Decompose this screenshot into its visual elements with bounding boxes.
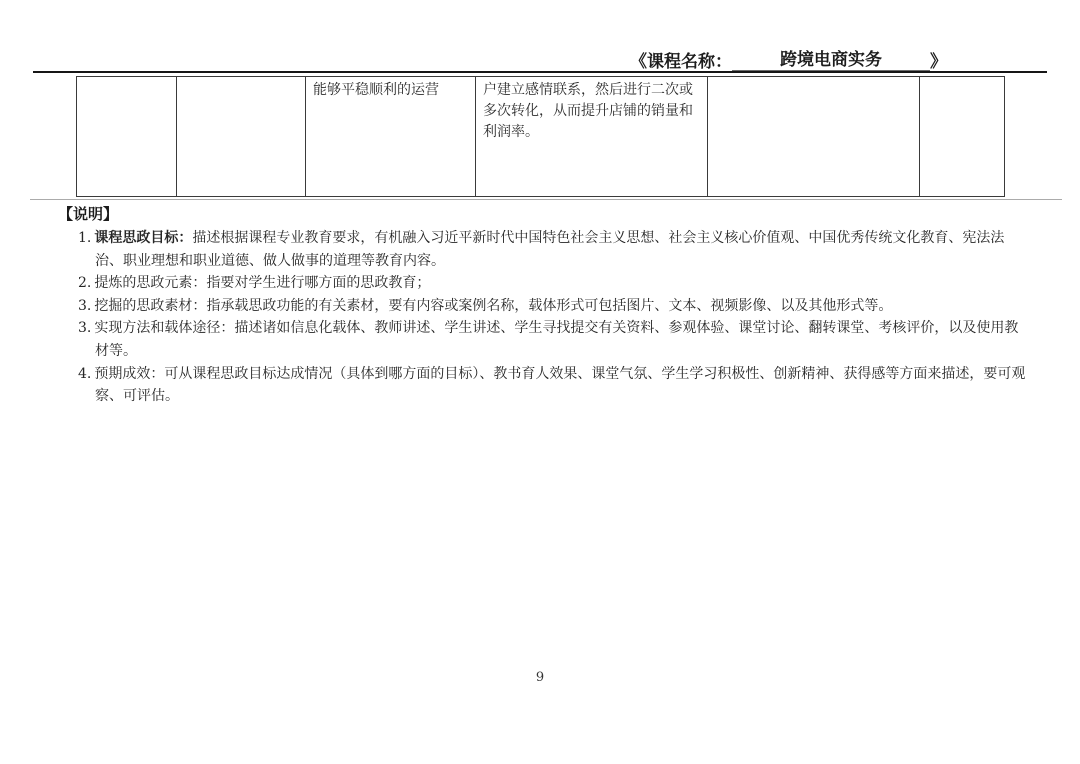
table-cell-col4: 户建立感情联系，然后进行二次或多次转化，从而提升店铺的销量和利润率。 bbox=[476, 77, 708, 197]
header-divider-rule bbox=[33, 71, 1047, 73]
note-item-1: 1.课程思政目标：描述根据课程专业教育要求，有机融入习近平新时代中国特色社会主义… bbox=[78, 227, 1030, 272]
note-text: 描述诸如信息化载体、教师讲述、学生讲述、学生寻找提交有关资料、参观体验、课堂讨论… bbox=[95, 320, 1018, 359]
note-label: 预期成效： bbox=[94, 366, 164, 382]
note-item-2: 2.提炼的思政元素：指要对学生进行哪方面的思政教育； bbox=[78, 272, 1030, 295]
note-label: 实现方法和载体途径： bbox=[94, 320, 234, 336]
note-text: 指承载思政功能的有关素材，要有内容或案例名称，载体形式可包括图片、文本、视频影像… bbox=[206, 298, 892, 314]
note-item-4: 3.实现方法和载体途径：描述诸如信息化载体、教师讲述、学生讲述、学生寻找提交有关… bbox=[78, 317, 1030, 362]
table-row: 能够平稳顺利的运营 户建立感情联系，然后进行二次或多次转化，从而提升店铺的销量和… bbox=[77, 77, 1005, 197]
table-cell-col6 bbox=[920, 77, 1005, 197]
note-label: 提炼的思政元素： bbox=[94, 275, 206, 291]
note-number: 4. bbox=[78, 366, 91, 382]
course-name-underline: 跨境电商实务 bbox=[732, 50, 930, 72]
course-name-prefix: 《课程名称： bbox=[630, 52, 732, 72]
note-number: 1. bbox=[78, 230, 91, 246]
table-cell-col2 bbox=[177, 77, 306, 197]
note-text: 指要对学生进行哪方面的思政教育； bbox=[206, 275, 430, 291]
table-cell-col5 bbox=[708, 77, 920, 197]
notes-section-title: 【说明】 bbox=[58, 203, 118, 224]
note-text: 描述根据课程专业教育要求，有机融入习近平新时代中国特色社会主义思想、社会主义核心… bbox=[95, 230, 1004, 269]
table-bottom-shadow-rule bbox=[30, 199, 1062, 200]
document-header: 《课程名称：跨境电商实务》 bbox=[630, 47, 947, 72]
note-label: 课程思政目标： bbox=[94, 230, 192, 246]
page-number: 9 bbox=[0, 670, 1080, 685]
course-name-suffix: 》 bbox=[930, 52, 947, 72]
table-cell-col3: 能够平稳顺利的运营 bbox=[306, 77, 476, 197]
note-item-5: 4.预期成效：可从课程思政目标达成情况（具体到哪方面的目标）、教书育人效果、课堂… bbox=[78, 363, 1030, 408]
course-name-value: 跨境电商实务 bbox=[780, 50, 882, 70]
table-cell-col1 bbox=[77, 77, 177, 197]
note-text: 可从课程思政目标达成情况（具体到哪方面的目标）、教书育人效果、课堂气氛、学生学习… bbox=[95, 366, 1025, 405]
notes-list: 1.课程思政目标：描述根据课程专业教育要求，有机融入习近平新时代中国特色社会主义… bbox=[78, 227, 1030, 408]
note-label: 挖掘的思政素材： bbox=[94, 298, 206, 314]
note-number: 3. bbox=[78, 320, 91, 336]
syllabus-table-fragment: 能够平稳顺利的运营 户建立感情联系，然后进行二次或多次转化，从而提升店铺的销量和… bbox=[76, 76, 1005, 197]
note-number: 2. bbox=[78, 275, 91, 291]
note-number: 3. bbox=[78, 298, 91, 314]
note-item-3: 3.挖掘的思政素材：指承载思政功能的有关素材，要有内容或案例名称，载体形式可包括… bbox=[78, 295, 1030, 318]
